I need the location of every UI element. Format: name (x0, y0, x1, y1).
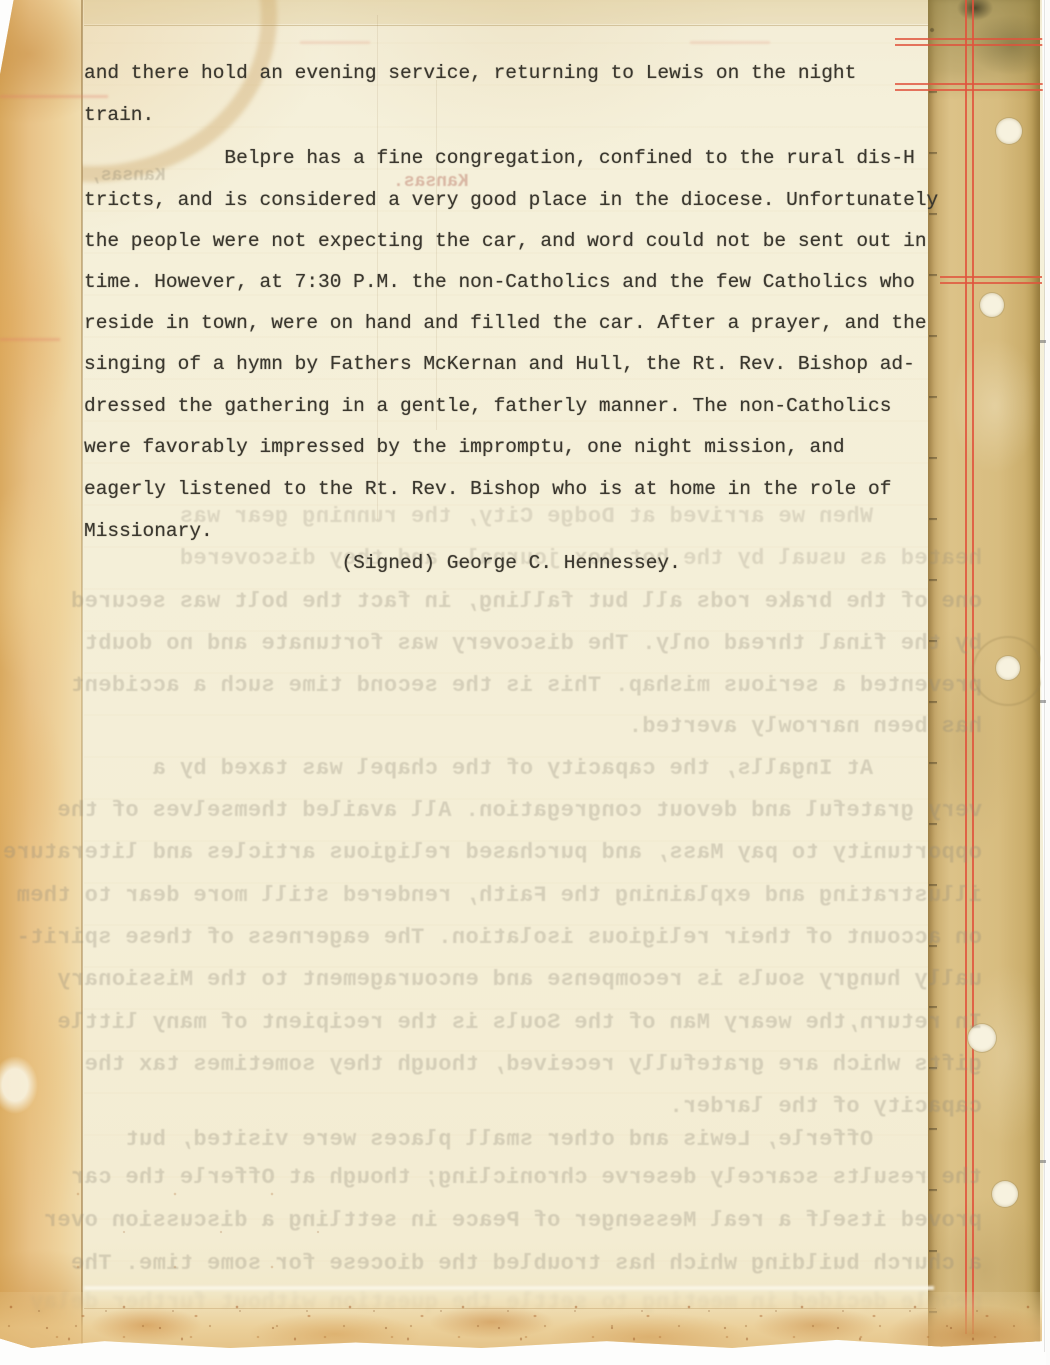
typed-line: Belpre has a fine congregation, confined… (84, 147, 915, 169)
typed-text-block: and there hold an evening service, retur… (84, 0, 984, 700)
paper-sheet: When we arrived at Dodge City, the runni… (0, 0, 1046, 1352)
punch-hole (996, 118, 1022, 144)
typed-line: tricts, and is considered a very good pl… (84, 189, 938, 211)
edge-mark (1040, 700, 1046, 703)
punch-hole (992, 1181, 1018, 1207)
typed-line: the people were not expecting the car, a… (84, 230, 927, 252)
typed-line: were favorably impressed by the imprompt… (84, 436, 845, 458)
bleedthrough-line: Offerle, Lewis and other small places we… (125, 1128, 982, 1152)
scanned-document-page: When we arrived at Dodge City, the runni… (0, 0, 1050, 1365)
scattered-specks (60, 1180, 320, 1290)
typed-line: and there hold an evening service, retur… (84, 62, 856, 84)
bleedthrough-line: In return,the weary Man of the Souls is … (57, 1011, 982, 1035)
edge-mark (1040, 1160, 1046, 1163)
edge-mark (1040, 340, 1046, 343)
stain-speckles (0, 1304, 1046, 1352)
typed-line: eagerly listened to the Rt. Rev. Bishop … (84, 478, 891, 500)
typed-line: train. (84, 104, 154, 126)
bleedthrough-line: At Ingalls, the capacity of the chapel w… (152, 757, 982, 781)
typed-line: time. However, at 7:30 P.M. the non-Cath… (84, 271, 915, 293)
typed-line: reside in town, were on hand and filled … (84, 312, 927, 334)
paper-right-edge-line (1044, 0, 1045, 1352)
typed-line: singing of a hymn by Fathers McKernan an… (84, 353, 915, 375)
bleedthrough-line: very grateful and devout congregation. A… (57, 799, 982, 823)
bleedthrough-line: capacity of the larder. (669, 1095, 982, 1119)
typed-line: dressed the gathering in a gentle, fathe… (84, 395, 891, 417)
punch-hole (996, 656, 1020, 680)
typed-line: Missionary. (84, 520, 213, 542)
bleedthrough-line: gifts which are gratefully received, tho… (84, 1053, 982, 1077)
bleedthrough-line: ually hungry souls is recompense and enc… (57, 968, 982, 992)
typed-line: (Signed) George C. Hennessey. (84, 552, 681, 574)
bleedthrough-line: has been narrowly averted. (628, 715, 982, 739)
bleedthrough-line: on account of their religious isolation.… (16, 926, 982, 950)
scanner-background-edge (1046, 0, 1050, 1365)
bleedthrough-line: opportunity to pay Mass, and purchased r… (3, 841, 982, 865)
bleedthrough-line: illustrating and explaining the Faith, r… (16, 884, 982, 908)
